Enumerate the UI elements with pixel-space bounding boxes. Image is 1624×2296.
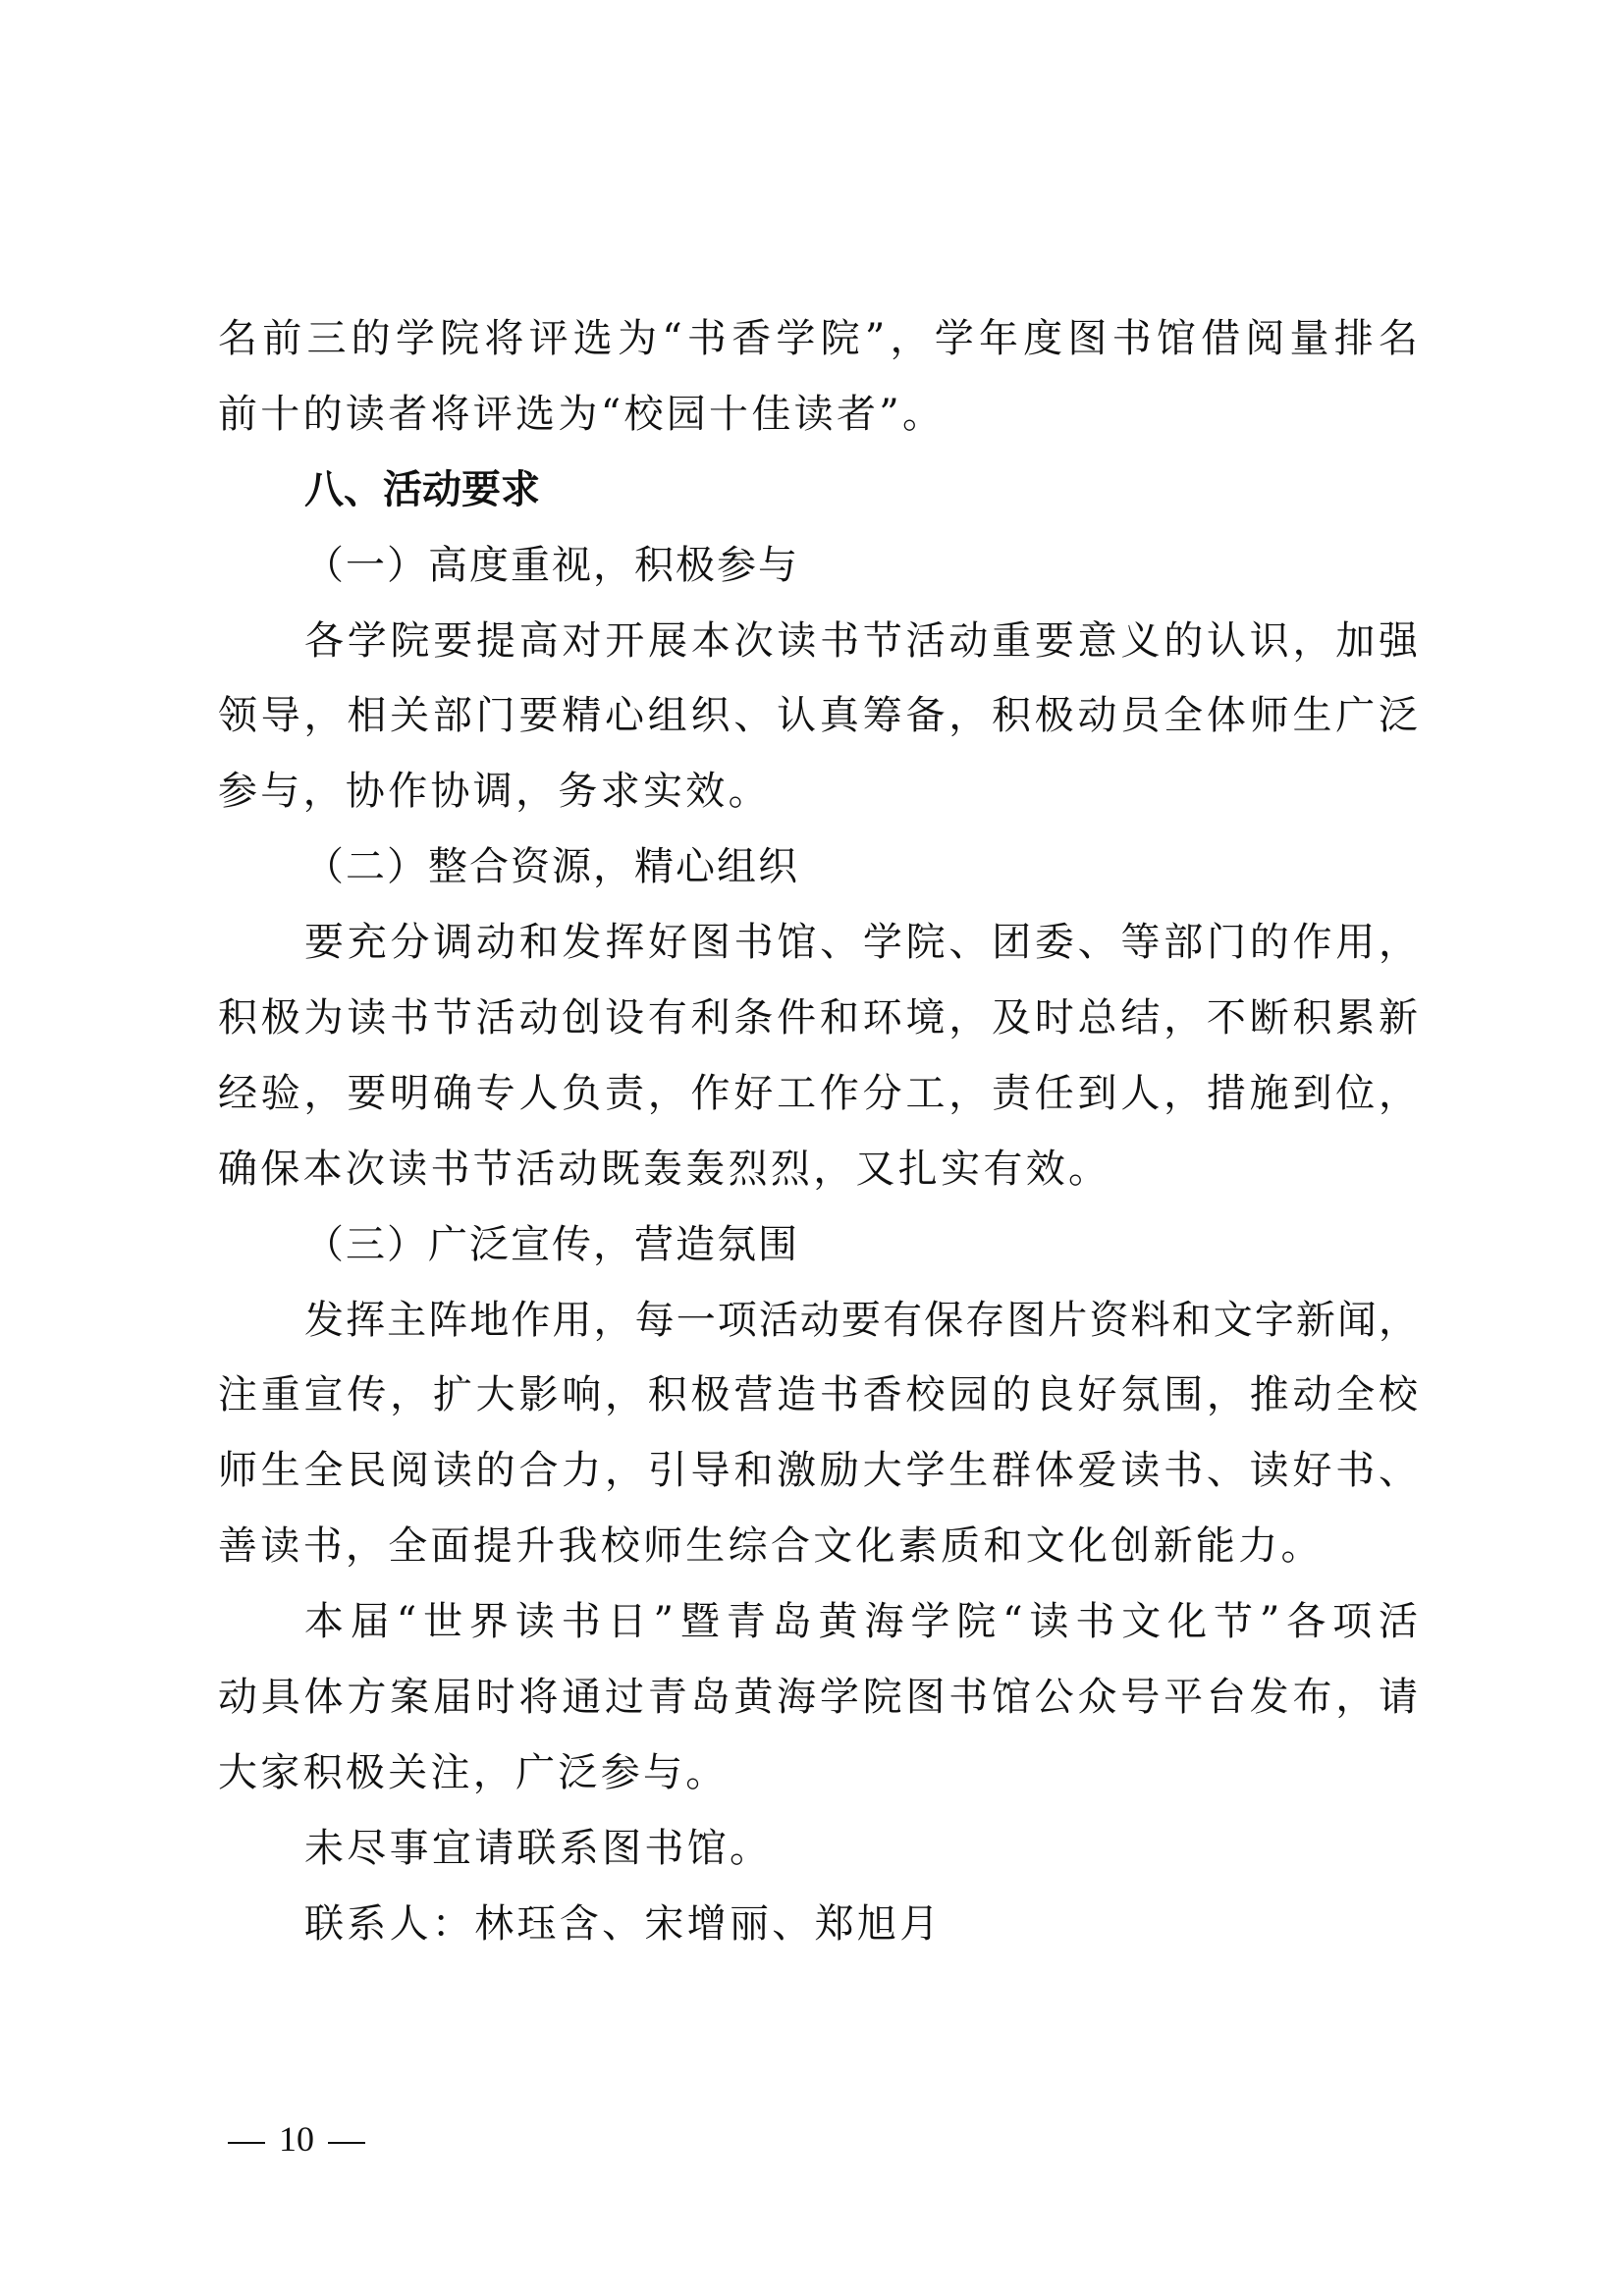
- paragraph-line: 积极为读书节活动创设有利条件和环境，及时总结，不断积累新: [218, 987, 1418, 1062]
- paragraph-line: 领导，相关部门要精心组织、认真筹备，积极动员全体师生广泛: [218, 684, 1418, 760]
- contact-note: 未尽事宜请联系图书馆。: [218, 1817, 1418, 1893]
- paragraph-line: 师生全民阅读的合力，引导和激励大学生群体爱读书、读好书、: [218, 1439, 1418, 1515]
- dash-left-icon: [228, 2142, 265, 2144]
- section-heading-requirements: 八、活动要求: [218, 458, 1418, 534]
- paragraph-line: 动具体方案届时将通过青岛黄海学院图书馆公众号平台发布，请: [218, 1666, 1418, 1741]
- paragraph-line: 大家积极关注，广泛参与。: [218, 1741, 1418, 1817]
- paragraph-line: 确保本次读书节活动既轰轰烈烈，又扎实有效。: [218, 1138, 1418, 1213]
- dash-right-icon: [328, 2142, 365, 2144]
- subheading-2: （二）整合资源，精心组织: [218, 835, 1418, 911]
- subheading-1: （一）高度重视，积极参与: [218, 534, 1418, 610]
- paragraph-line: 要充分调动和发挥好图书馆、学院、团委、等部门的作用，: [218, 911, 1418, 987]
- paragraph-line: 经验，要明确专人负责，作好工作分工，责任到人，措施到位，: [218, 1062, 1418, 1138]
- paragraph-line: 发挥主阵地作用，每一项活动要有保存图片资料和文字新闻，: [218, 1289, 1418, 1364]
- paragraph-line: 各学院要提高对开展本次读书节活动重要意义的认识，加强: [218, 610, 1418, 685]
- contact-persons: 联系人：林珏含、宋增丽、郑旭月: [218, 1893, 1418, 1968]
- page-number-footer: 10: [214, 2118, 379, 2160]
- paragraph-line-award-readers: 前十的读者将评选为“校园十佳读者”。: [218, 383, 1418, 458]
- paragraph-line-award-ranking: 名前三的学院将评选为“书香学院”，学年度图书馆借阅量排名: [218, 307, 1418, 383]
- paragraph-line: 参与，协作协调，务求实效。: [218, 760, 1418, 835]
- paragraph-line: 善读书，全面提升我校师生综合文化素质和文化创新能力。: [218, 1515, 1418, 1590]
- paragraph-line: 注重宣传，扩大影响，积极营造书香校园的良好氛围，推动全校: [218, 1363, 1418, 1439]
- document-body: 名前三的学院将评选为“书香学院”，学年度图书馆借阅量排名 前十的读者将评选为“校…: [218, 307, 1418, 1968]
- page-number: 10: [279, 2119, 314, 2159]
- document-page: 名前三的学院将评选为“书香学院”，学年度图书馆借阅量排名 前十的读者将评选为“校…: [0, 0, 1624, 2296]
- subheading-3: （三）广泛宣传，营造氛围: [218, 1213, 1418, 1289]
- paragraph-line: 本届“世界读书日”暨青岛黄海学院“读书文化节”各项活: [218, 1590, 1418, 1666]
